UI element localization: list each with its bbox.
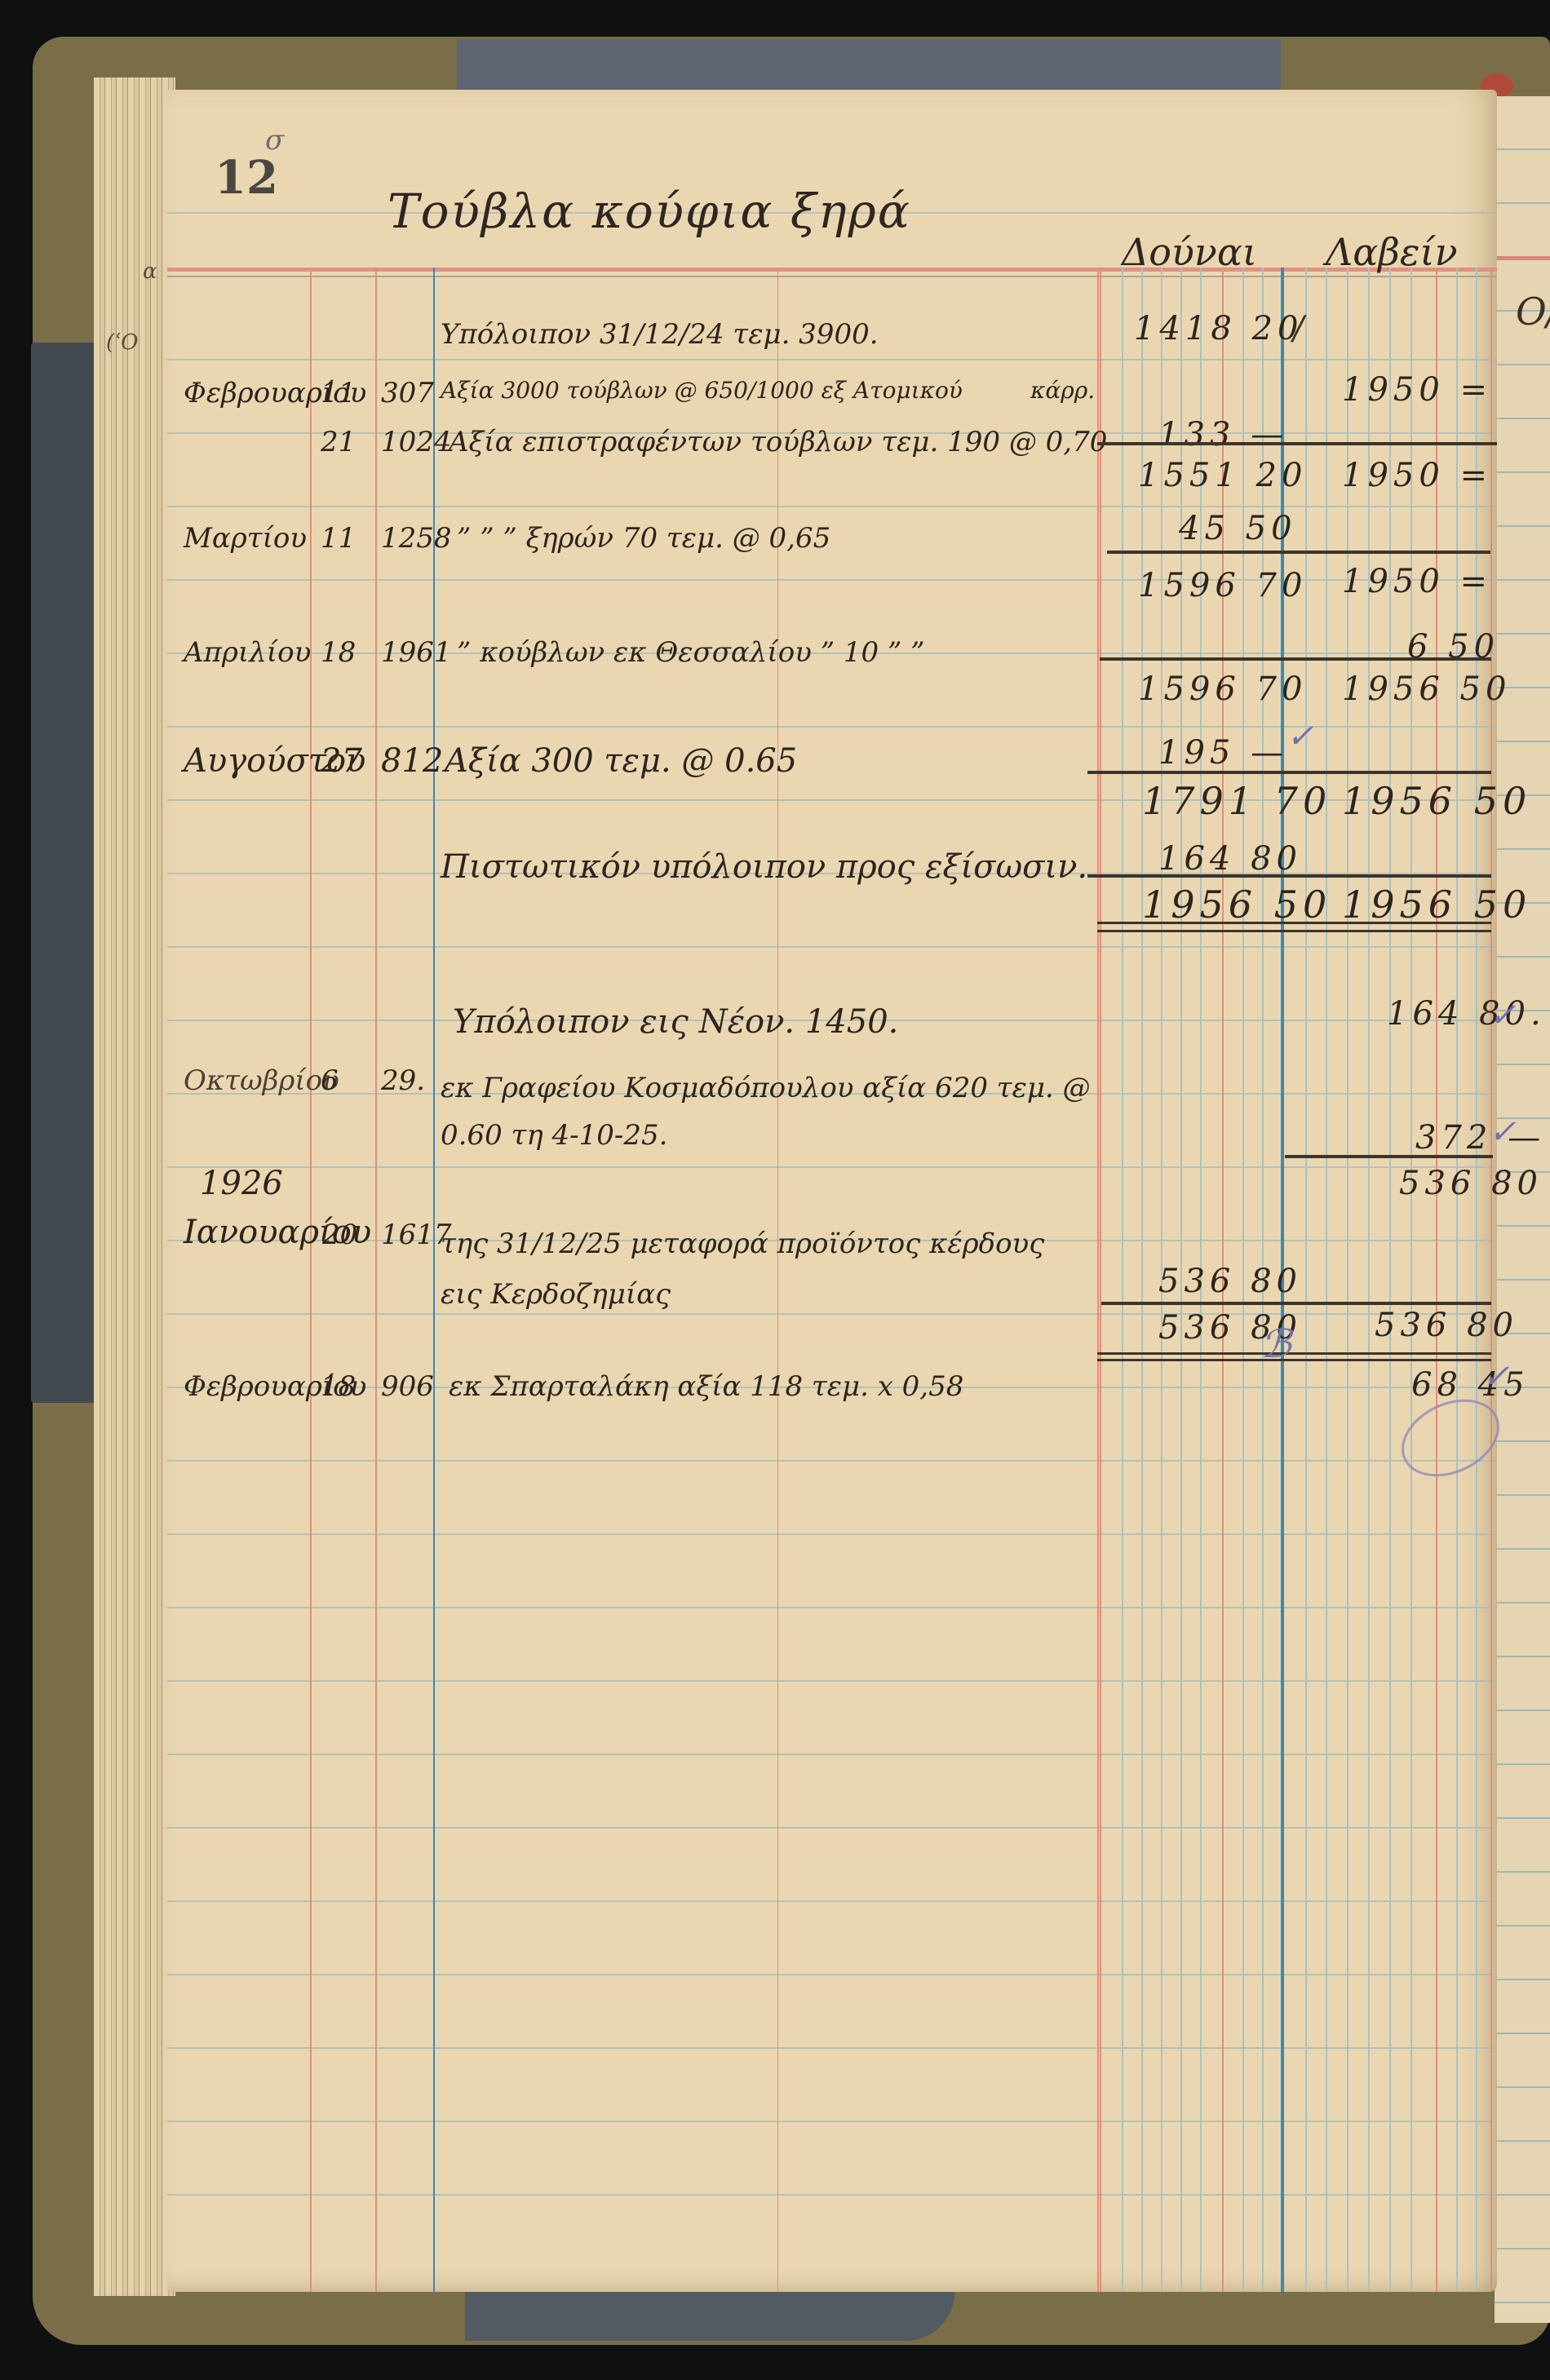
entry-description: ” κούβλων εκ Θεσσαλίου ” 10 ” ” bbox=[457, 636, 925, 669]
tick-mark: / bbox=[1293, 310, 1304, 347]
entry-debit: 164 80 bbox=[1158, 840, 1302, 878]
grid-line bbox=[1122, 268, 1123, 2292]
header-rule-red bbox=[167, 268, 1497, 272]
rule-line bbox=[167, 1533, 1497, 1535]
check-mark-icon: ✓ bbox=[1489, 997, 1517, 1034]
rule-line bbox=[167, 1827, 1497, 1829]
rule-line bbox=[167, 1680, 1497, 1682]
entry-description: εκ Γραφείου Κοσμαδόπουλου αξία 620 τεμ. … bbox=[441, 1064, 1093, 1159]
check-mark-icon: ✓ bbox=[1489, 1113, 1517, 1151]
subtotal-rule bbox=[1100, 657, 1491, 661]
entry-description: Αξία 3000 τούβλων @ 650/1000 εξ Ατομικού bbox=[441, 377, 963, 404]
entry-ref: 29. bbox=[381, 1064, 425, 1097]
entry-description: της 31/12/25 μεταφορά προϊόντος κέρδους … bbox=[441, 1219, 1093, 1320]
entry-day: 18 bbox=[321, 1370, 356, 1403]
column-rule-day bbox=[310, 268, 312, 2292]
check-mark-icon: ✓ bbox=[1286, 718, 1314, 755]
column-rule-extra bbox=[1097, 268, 1099, 2292]
entry-description: Αξία 300 τεμ. @ 0.65 bbox=[445, 742, 797, 780]
subtotal-credit: 1956 50 bbox=[1342, 670, 1511, 708]
double-rule-bottom bbox=[1097, 1359, 1491, 1361]
entry-description: Υπόλοιπον εις Νέον. 1450. bbox=[453, 1003, 898, 1041]
rule-line bbox=[167, 1460, 1497, 1462]
header-rule-grey bbox=[167, 276, 1497, 277]
entry-ref: 1024 bbox=[381, 426, 452, 458]
entry-debit: 536 80 bbox=[1158, 1263, 1302, 1300]
subtotal-rule bbox=[1087, 771, 1491, 774]
entry-description: ” ” ” ξηρών 70 τεμ. @ 0,65 bbox=[457, 522, 830, 555]
margin-note: α bbox=[143, 259, 157, 284]
entry-description: Υπόλοιπον 31/12/24 τεμ. 3900. bbox=[441, 318, 879, 351]
double-rule-bottom bbox=[1097, 930, 1491, 932]
debit-column-header: Δούναι bbox=[1122, 230, 1257, 274]
column-rule-debit-start bbox=[1100, 268, 1101, 2292]
subtotal-rule bbox=[1097, 442, 1497, 445]
entry-month: Μαρτίου bbox=[184, 522, 307, 555]
ledger-page: 12 σ Τούβλα κούφια ξηρά Δούναι Λαβείν Υπ… bbox=[167, 90, 1497, 2292]
subtotal-debit: 1551 20 bbox=[1138, 457, 1307, 494]
subtotal-debit: 1791 70 bbox=[1142, 779, 1331, 823]
entry-extra: κάρρ. bbox=[1030, 377, 1095, 404]
signature-initials: ℬ bbox=[1260, 1321, 1291, 1367]
check-mark-icon: ✓ bbox=[1482, 1358, 1510, 1396]
rule-line bbox=[167, 1607, 1497, 1608]
entry-debit: 45 50 bbox=[1179, 510, 1297, 547]
subtotal-debit: 1596 70 bbox=[1138, 567, 1307, 604]
total-debit: 1956 50 bbox=[1142, 883, 1331, 927]
rule-line bbox=[167, 946, 1497, 948]
credit-column-header: Λαβείν bbox=[1326, 230, 1458, 274]
rule-line bbox=[167, 506, 1497, 507]
column-rule-ref bbox=[375, 268, 377, 2292]
entry-credit: 1950 = bbox=[1342, 371, 1492, 409]
total-rule bbox=[1087, 874, 1491, 878]
page-number: 12 bbox=[215, 151, 278, 205]
entry-day: 11 bbox=[321, 522, 356, 555]
column-rule-description bbox=[433, 268, 435, 2292]
grid-line bbox=[1326, 268, 1327, 2292]
year-marker: 1926 bbox=[200, 1165, 283, 1202]
subtotal-credit: 1956 50 bbox=[1342, 779, 1531, 823]
entry-ref: 307 bbox=[381, 377, 434, 409]
entry-day: 21 bbox=[321, 426, 356, 458]
total-rule bbox=[1101, 1302, 1491, 1305]
entry-day: 27 bbox=[321, 742, 362, 780]
account-title: Τούβλα κούφια ξηρά bbox=[387, 184, 911, 239]
margin-note: (ʿΟ bbox=[106, 330, 138, 355]
cover-cloth-patch-bottom bbox=[465, 2292, 954, 2341]
entry-description: Πιστωτικόν υπόλοιπον προς εξίσωσιν. bbox=[441, 848, 1087, 886]
rule-line bbox=[167, 1974, 1497, 1975]
subtotal-credit: 1950 = bbox=[1342, 563, 1492, 600]
entry-ref: 1258 bbox=[381, 522, 452, 555]
entry-credit: 164 80. bbox=[1387, 995, 1546, 1033]
entry-description: Αξία επιστραφέντων τούβλων τεμ. 190 @ 0,… bbox=[449, 426, 1107, 458]
entry-ref: 906 bbox=[381, 1370, 434, 1403]
entry-day: 11 bbox=[321, 377, 356, 409]
subtotal-credit: 536 80 bbox=[1399, 1165, 1543, 1202]
subtotal-rule bbox=[1107, 551, 1490, 554]
entry-debit: 1418 20 bbox=[1134, 310, 1303, 347]
rule-line bbox=[167, 2194, 1497, 2196]
entry-month: Οκτωβρίου bbox=[184, 1064, 339, 1097]
entry-debit: 195 — bbox=[1158, 734, 1288, 772]
page-number-annotation: σ bbox=[265, 124, 284, 157]
page-stack-edges bbox=[94, 77, 175, 2296]
facing-page-rule bbox=[1495, 256, 1550, 260]
cover-cloth-patch-top bbox=[457, 39, 1281, 95]
rule-line bbox=[167, 1166, 1497, 1168]
subtotal-rule bbox=[1285, 1155, 1493, 1158]
double-rule-top bbox=[1097, 1352, 1491, 1355]
subtotal-credit: 1950 = bbox=[1342, 457, 1492, 494]
rule-line bbox=[167, 2047, 1497, 2049]
rule-line bbox=[167, 1900, 1497, 1902]
cover-cloth-patch-left bbox=[31, 343, 96, 1403]
total-credit: 536 80 bbox=[1375, 1307, 1518, 1344]
entry-month: Απριλίου bbox=[184, 636, 311, 669]
entry-credit: 372 — bbox=[1415, 1119, 1545, 1157]
entry-ref: 812 bbox=[381, 742, 443, 780]
rule-line bbox=[167, 1754, 1497, 1755]
rule-line bbox=[167, 2121, 1497, 2122]
entry-day: 6 bbox=[321, 1064, 339, 1097]
rule-line bbox=[167, 359, 1497, 361]
total-credit: 1956 50 bbox=[1342, 883, 1531, 927]
facing-page bbox=[1495, 96, 1550, 2323]
entry-debit: 133 — bbox=[1158, 416, 1288, 453]
facing-page-fragment: Ο/ bbox=[1516, 290, 1550, 334]
entry-day: 18 bbox=[321, 636, 356, 669]
entry-credit: 68 45 bbox=[1411, 1366, 1530, 1404]
entry-description: εκ Σπαρταλάκη αξία 118 τεμ. x 0,58 bbox=[449, 1370, 963, 1403]
entry-day: 20 bbox=[322, 1219, 357, 1251]
subtotal-debit: 1596 70 bbox=[1138, 670, 1307, 708]
double-rule-top bbox=[1097, 922, 1491, 924]
entry-ref: 1961 bbox=[381, 636, 452, 669]
